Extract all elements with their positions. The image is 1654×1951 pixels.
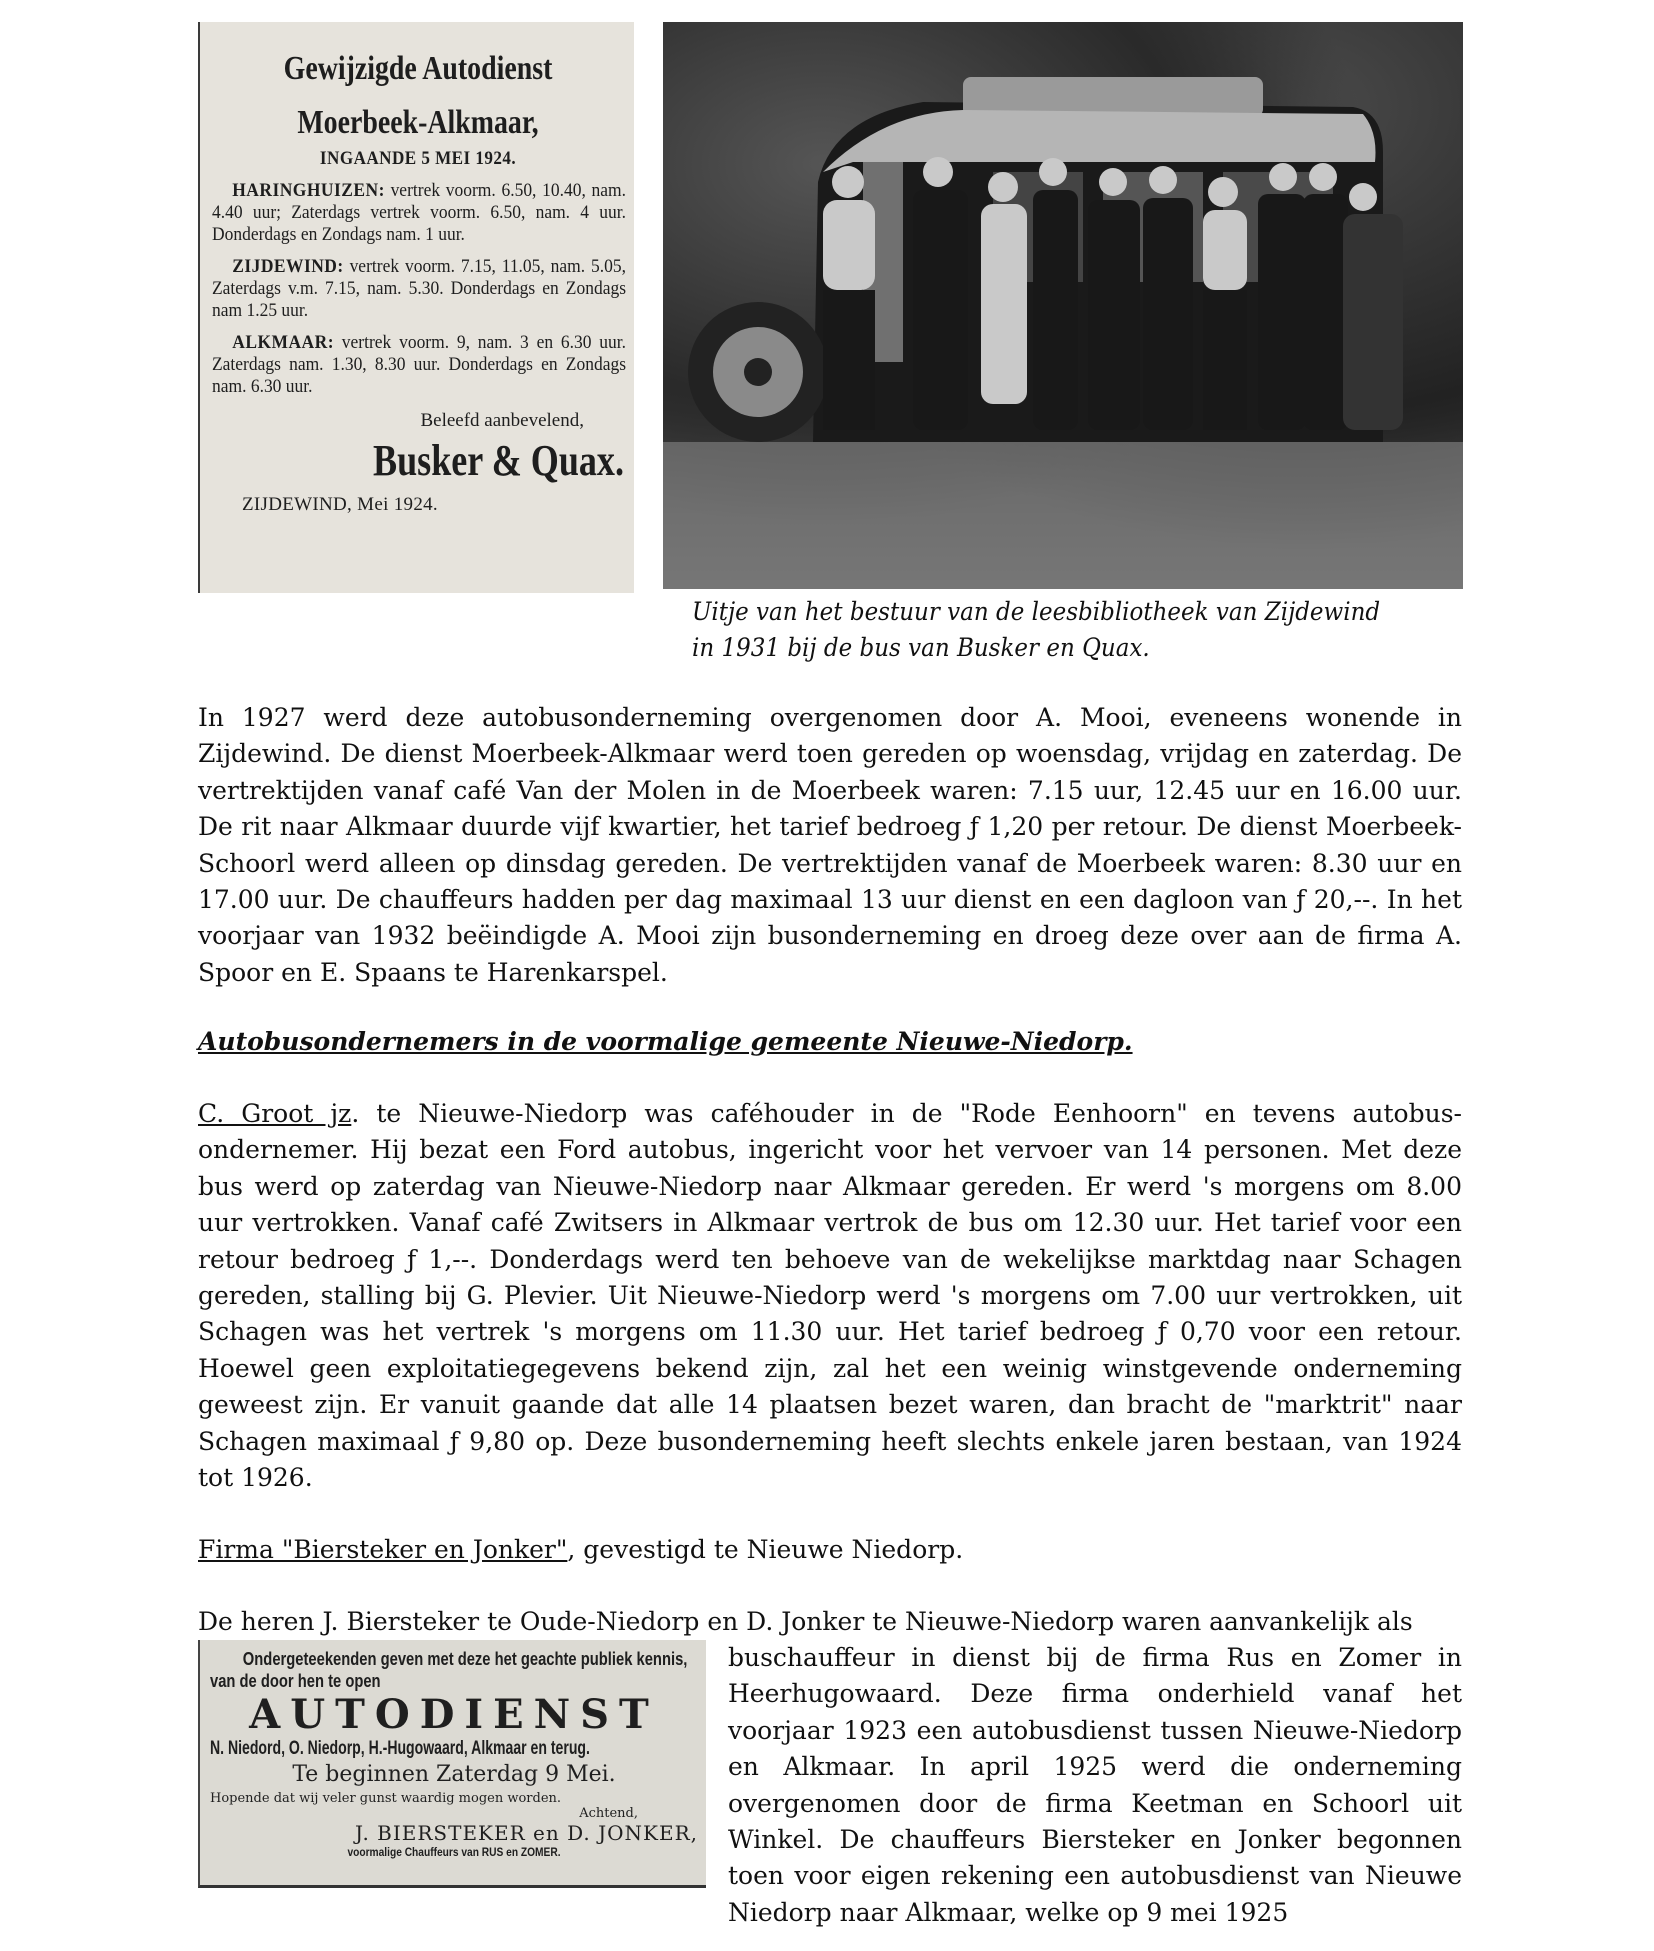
clipping-regards: Beleefd aanbevelend, <box>212 410 624 432</box>
newspaper-clipping-autodienst: Ondergeteekenden geven met deze het geac… <box>198 1640 706 1888</box>
photo-caption: Uitje van het bestuur van de leesbibliot… <box>692 594 1400 666</box>
paragraph-mooi: In 1927 werd deze autobusonderneming ove… <box>198 700 1462 991</box>
clipping-autodienst-title: AUTODIENST <box>210 1692 698 1738</box>
clipping-block-alkmaar: ALKMAAR: vertrek voorm. 9, nam. 3 en 6.3… <box>212 332 626 398</box>
photo-illustration <box>663 22 1463 589</box>
clipping-firm-name: Busker & Quax. <box>286 436 624 486</box>
newspaper-clipping-timetable: Gewijzigde Autodienst Moerbeek-Alkmaar, … <box>198 22 634 593</box>
clipping-title-line1: Gewijzigde Autodienst <box>224 48 611 90</box>
clipping-block-zijdewind: ZIJDEWIND: vertrek voorm. 7.15, 11.05, n… <box>212 256 626 322</box>
clipping-block-haringhuizen: HARINGHUIZEN: vertrek voorm. 6.50, 10.40… <box>212 180 626 246</box>
document-page: Gewijzigde Autodienst Moerbeek-Alkmaar, … <box>0 0 1654 1951</box>
clipping-place-date: ZIJDEWIND, Mei 1924. <box>212 494 624 516</box>
paragraph-groot: C. Groot jz. te Nieuwe-Niedorp was caféh… <box>198 1096 1462 1496</box>
bus-group-photo <box>663 22 1463 589</box>
paragraph-biersteker-first-line: De heren J. Biersteker te Oude-Niedorp e… <box>198 1604 1462 1640</box>
name-c-groot: C. Groot jz <box>198 1099 351 1128</box>
paragraph-biersteker-with-clipping: Ondergeteekenden geven met deze het geac… <box>198 1640 1462 1931</box>
firma-name: Firma "Biersteker en Jonker" <box>198 1535 567 1564</box>
firma-biersteker-jonker-line: Firma "Biersteker en Jonker", gevestigd … <box>198 1532 1462 1568</box>
section-heading: Autobusondernemers in de voormalige geme… <box>198 1024 1462 1060</box>
clipping-title-line2: Moerbeek-Alkmaar, <box>224 102 611 144</box>
clipping-subtitle: INGAANDE 5 MEI 1924. <box>233 148 604 170</box>
